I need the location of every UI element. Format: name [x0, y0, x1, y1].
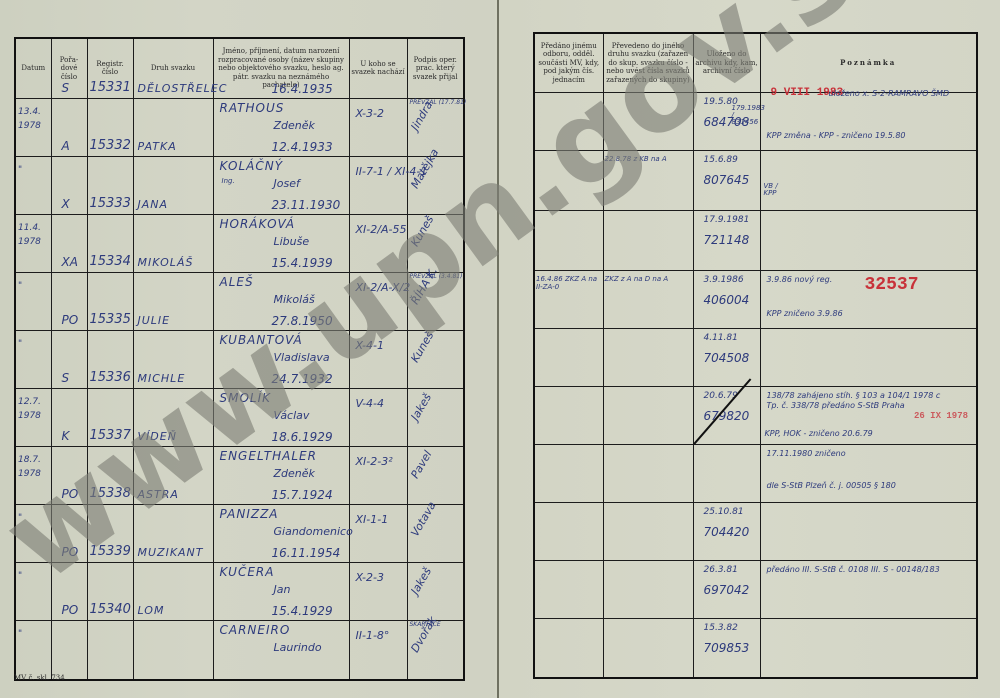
cell-podpis: Kuneš [408, 329, 436, 364]
cell-poradove: K [62, 429, 70, 443]
cell-datum: " [18, 627, 50, 641]
table-row: "PO15335JULIE KUBANTOVÁ Vladislava 27.8.… [15, 330, 464, 388]
cell-ulozeno-num: 704420 [704, 525, 750, 539]
cell-ulozeno-date: 4.11.81 [704, 333, 738, 343]
cell-datum: " [18, 337, 50, 351]
cell-u-koho: X-2-3 [356, 571, 384, 584]
cell-jmeno: Zdeněk [274, 467, 315, 480]
cell-ulozeno-num: 807645 [704, 173, 750, 187]
table-row: 19.5.80 684708 179.1983 / 831456 9 VIII … [534, 92, 977, 150]
cell-registr: 15331 [90, 80, 131, 95]
table-row: "PO15339MUZIKANT KUČERA Jan 16.11.1954 X… [15, 562, 464, 620]
cell-poznamka-2: KPP změna - KPP - zničeno 19.5.80 [767, 131, 906, 140]
cell-poradove: PO [62, 545, 79, 559]
cell-registr: 15335 [90, 312, 131, 327]
cell-poradove: X [62, 197, 70, 211]
table-row: 11.4. 1978X15333JANA HORÁKOVÁ Libuše 23.… [15, 214, 464, 272]
cell-poradove: S [62, 371, 70, 385]
cell-ulozeno-date: 17.9.1981 [704, 215, 750, 225]
table-row: 26.3.81 697042 předáno III. S-StB č. 010… [534, 560, 977, 618]
cell-poradove: XA [62, 255, 78, 269]
form-code: MV č. skl. 734 [14, 674, 65, 682]
registry-table-right: Předáno jinému odboru, odděl. součásti M… [533, 32, 978, 679]
cell-registr: 15334 [90, 254, 131, 269]
cell-narozeni: 27.8.1950 [272, 314, 333, 328]
cell-jmeno: Josef [274, 177, 300, 190]
cell-predano: 16.4.86 ZKZ A na II-ZA-0 [536, 275, 602, 291]
cell-jmeno: Mikoláš [274, 293, 315, 306]
cell-datum: " [18, 511, 50, 525]
cell-narozeni: 15.7.1924 [272, 488, 333, 502]
cell-narozeni: 24.7.1932 [272, 372, 333, 386]
cell-jmeno: Giandomenico [274, 525, 353, 538]
cell-prijmeni: PANIZZA [220, 507, 279, 521]
cell-poznamka-2: KPP zničeno 3.9.86 [767, 309, 843, 318]
cell-registr: 15336 [90, 370, 131, 385]
cell-datum: " [18, 279, 50, 293]
table-row: 12.7. 1978S15336MICHLE SMOLÍK Václav 24.… [15, 388, 464, 446]
cell-druh: VÍDEŇ [138, 430, 177, 443]
cell-poznamka: 17.11.1980 zničeno [767, 449, 846, 458]
registry-stamp: 32537 [865, 275, 919, 295]
table-row: 25.10.81 704420 [534, 502, 977, 560]
header-ulozeno: Uloženo do archivu kdy, kam, archivní čí… [693, 33, 760, 92]
cell-prijmeni: ENGELTHALER [220, 449, 317, 463]
cell-prijmeni: SMOLÍK [220, 391, 272, 405]
table-row: 15.3.82 709853 [534, 618, 977, 678]
cell-u-koho: V-4-4 [356, 397, 385, 410]
cell-ulozeno-date: 25.10.81 [704, 507, 744, 517]
cell-druh: MICHLE [138, 372, 186, 385]
cell-ulozeno-date: 26.3.81 [704, 565, 738, 575]
header-u-koho: U koho se svazek nachází [349, 38, 407, 98]
cell-druh: DĚLOSTŘELEC [138, 82, 228, 95]
cell-u-koho: II-1-8° [356, 629, 390, 642]
cell-registr: 15340 [90, 602, 131, 617]
cell-podpis: Jakeš [408, 391, 434, 422]
cell-jmeno: Jan [274, 583, 291, 596]
cell-podpis: Pavel [408, 448, 434, 480]
cell-narozeni: 23.11.1930 [272, 198, 341, 212]
cell-u-koho: XI-2/A-X/2 [356, 281, 411, 294]
cell-narozeni: 15.4.1929 [272, 604, 333, 618]
header-poznamka: Poznámka [760, 33, 977, 92]
table-row: 4.11.81 704508 [534, 328, 977, 386]
cell-prijmeni: CARNEIRO [220, 623, 291, 637]
cell-datum: " [18, 163, 50, 177]
cell-podpis: Kuneš [408, 213, 436, 248]
cell-prevedeno: 22.8.78 z KB na A [605, 155, 667, 163]
header-row: Datum Pořa-dové číslo Registr. číslo Dru… [15, 38, 464, 98]
cell-ulozeno-date: 3.9.1986 [704, 275, 744, 285]
cell-druh: PATKA [138, 140, 177, 153]
cell-poznamka-2: dle S-StB Plzeň č. j. 00505 § 180 [767, 481, 896, 490]
cell-u-koho: X-4-1 [356, 339, 384, 352]
table-row: "PO15338ASTRA PANIZZA Giandomenico 15.7.… [15, 504, 464, 562]
table-row: 17.11.1980 zničeno dle S-StB Plzeň č. j.… [534, 444, 977, 502]
cell-note: PŘEVZAL (17.7.81) [410, 99, 467, 106]
cell-druh: MUZIKANT [138, 546, 204, 559]
table-row: 16.4.86 ZKZ A na II-ZA-0ZKZ z A na D na … [534, 270, 977, 328]
cell-datum: 13.4. 1978 [18, 105, 50, 133]
cell-ulozeno-num: 721148 [704, 233, 750, 247]
cell-narozeni: 12.4.1933 [272, 140, 333, 154]
cell-ulozeno-num: 679820 [704, 409, 750, 423]
header-predano: Předáno jinému odboru, odděl. součásti M… [534, 33, 603, 92]
cell-poradove: PO [62, 487, 79, 501]
cell-druh: JANA [138, 198, 169, 211]
cell-poznamka: 138/78 zahájeno stíh. § 103 a 104/1 1978… [767, 391, 941, 400]
cell-prijmeni: RATHOUS [220, 101, 285, 115]
cell-podpis: Votava [408, 499, 438, 538]
cell-ulozeno-num: 406004 [704, 293, 750, 307]
cell-poradove: A [62, 139, 70, 153]
cell-druh: LOM [138, 604, 165, 617]
table-row: 17.9.1981 721148 [534, 210, 977, 270]
cell-prijmeni: ALEŠ [220, 275, 254, 289]
header-datum: Datum [15, 38, 51, 98]
cell-prijmeni: HORÁKOVÁ [220, 217, 296, 231]
cell-ulozeno-date: 15.6.89 [704, 155, 738, 165]
cell-jmeno: Václav [274, 409, 310, 422]
cell-poznamka: 3.9.86 nový reg. [767, 275, 833, 284]
cell-jmeno: Laurindo [274, 641, 322, 654]
table-row: 22.8.78 z KB na A VB / KPP 15.6.89 80764… [534, 150, 977, 210]
cell-ulozeno-extra: 179.1983 / 831456 [732, 105, 760, 126]
cell-jmeno: Vladislava [274, 351, 330, 364]
cell-datum: 12.7. 1978 [18, 395, 50, 423]
cell-datum: 11.4. 1978 [18, 221, 50, 249]
cell-poradove: PO [62, 603, 79, 617]
cell-prevedeno: ZKZ z A na D na A [605, 275, 669, 283]
cell-druh: JULIE [138, 314, 171, 327]
cell-ulozeno-date: 15.3.82 [704, 623, 738, 633]
cell-u-koho: XI-1-1 [356, 513, 389, 526]
cell-u-koho: X-3-2 [356, 107, 384, 120]
cell-registr: 15339 [90, 544, 131, 559]
cell-poznamka: uloženo x. S-2-RAMRAVO ŠMD [829, 89, 950, 98]
cell-registr: 15338 [90, 486, 131, 501]
cell-jmeno: Libuše [274, 235, 310, 248]
header-prevedeno: Převedeno do jiného druhu svazku (zařaze… [603, 33, 693, 92]
book-fold [497, 0, 499, 698]
cell-narozeni: 16.11.1954 [272, 546, 341, 560]
cell-druh: MIKOLÁŠ [138, 256, 194, 269]
cell-ulozeno-num: 697042 [704, 583, 750, 597]
table-row: 18.7. 1978K15337VÍDEŇ ENGELTHALER Zdeněk… [15, 446, 464, 504]
table-row: 20.6.79 679820 138/78 zahájeno stíh. § 1… [534, 386, 977, 444]
table-row: "A15332PATKA KOLÁČNÝ Josef Ing. 12.4.193… [15, 156, 464, 214]
date-stamp: 26 IX 1978 [914, 411, 968, 421]
cell-poradove: PO [62, 313, 79, 327]
registry-table-left: Datum Pořa-dové číslo Registr. číslo Dru… [14, 37, 465, 681]
cell-poznamka: předáno III. S-StB č. 0108 III. S - 0014… [767, 565, 940, 574]
cell-prijmeni: KUBANTOVÁ [220, 333, 303, 347]
cell-datum: " [18, 569, 50, 583]
cell-u-koho: XI-2/A-55 [356, 223, 407, 236]
cell-druh: ASTRA [138, 488, 179, 501]
cell-registr: 15332 [90, 138, 131, 153]
cell-note: VB / KPP [764, 183, 784, 197]
cell-registr: 15337 [90, 428, 131, 443]
cell-poznamka-2: Tp. č. 338/78 předáno S-StB Praha [767, 401, 905, 410]
cell-poznamka-3: KPP, HOK - zničeno 20.6.79 [765, 429, 873, 438]
cell-narozeni: 18.6.1929 [272, 430, 333, 444]
cell-registr: 15333 [90, 196, 131, 211]
cell-ulozeno-num: 704508 [704, 351, 750, 365]
header-row: Předáno jinému odboru, odděl. součásti M… [534, 33, 977, 92]
table-row: 13.4. 1978S15331DĚLOSTŘELEC RATHOUS Zden… [15, 98, 464, 156]
cell-prijmeni: KUČERA [220, 565, 275, 579]
cell-u-koho: XI-2-3² [356, 455, 393, 468]
cell-prijmeni: KOLÁČNÝ [220, 159, 284, 173]
cell-poradove: S [62, 81, 70, 95]
table-row: "PO15340LOM CARNEIRO Laurindo 15.4.1929 … [15, 620, 464, 680]
cell-datum: 18.7. 1978 [18, 453, 50, 481]
table-row: "XA15334MIKOLÁŠ ALEŠ Mikoláš 15.4.1939 X… [15, 272, 464, 330]
cell-jmeno: Zdeněk [274, 119, 315, 132]
cell-podpis: Jakeš [408, 565, 434, 596]
cell-narozeni: 16.4.1935 [272, 82, 333, 96]
header-podpis: Podpis oper. prac. který svazek přijal [407, 38, 464, 98]
cell-titul: Ing. [222, 177, 235, 185]
cell-ulozeno-num: 709853 [704, 641, 750, 655]
cell-narozeni: 15.4.1939 [272, 256, 333, 270]
